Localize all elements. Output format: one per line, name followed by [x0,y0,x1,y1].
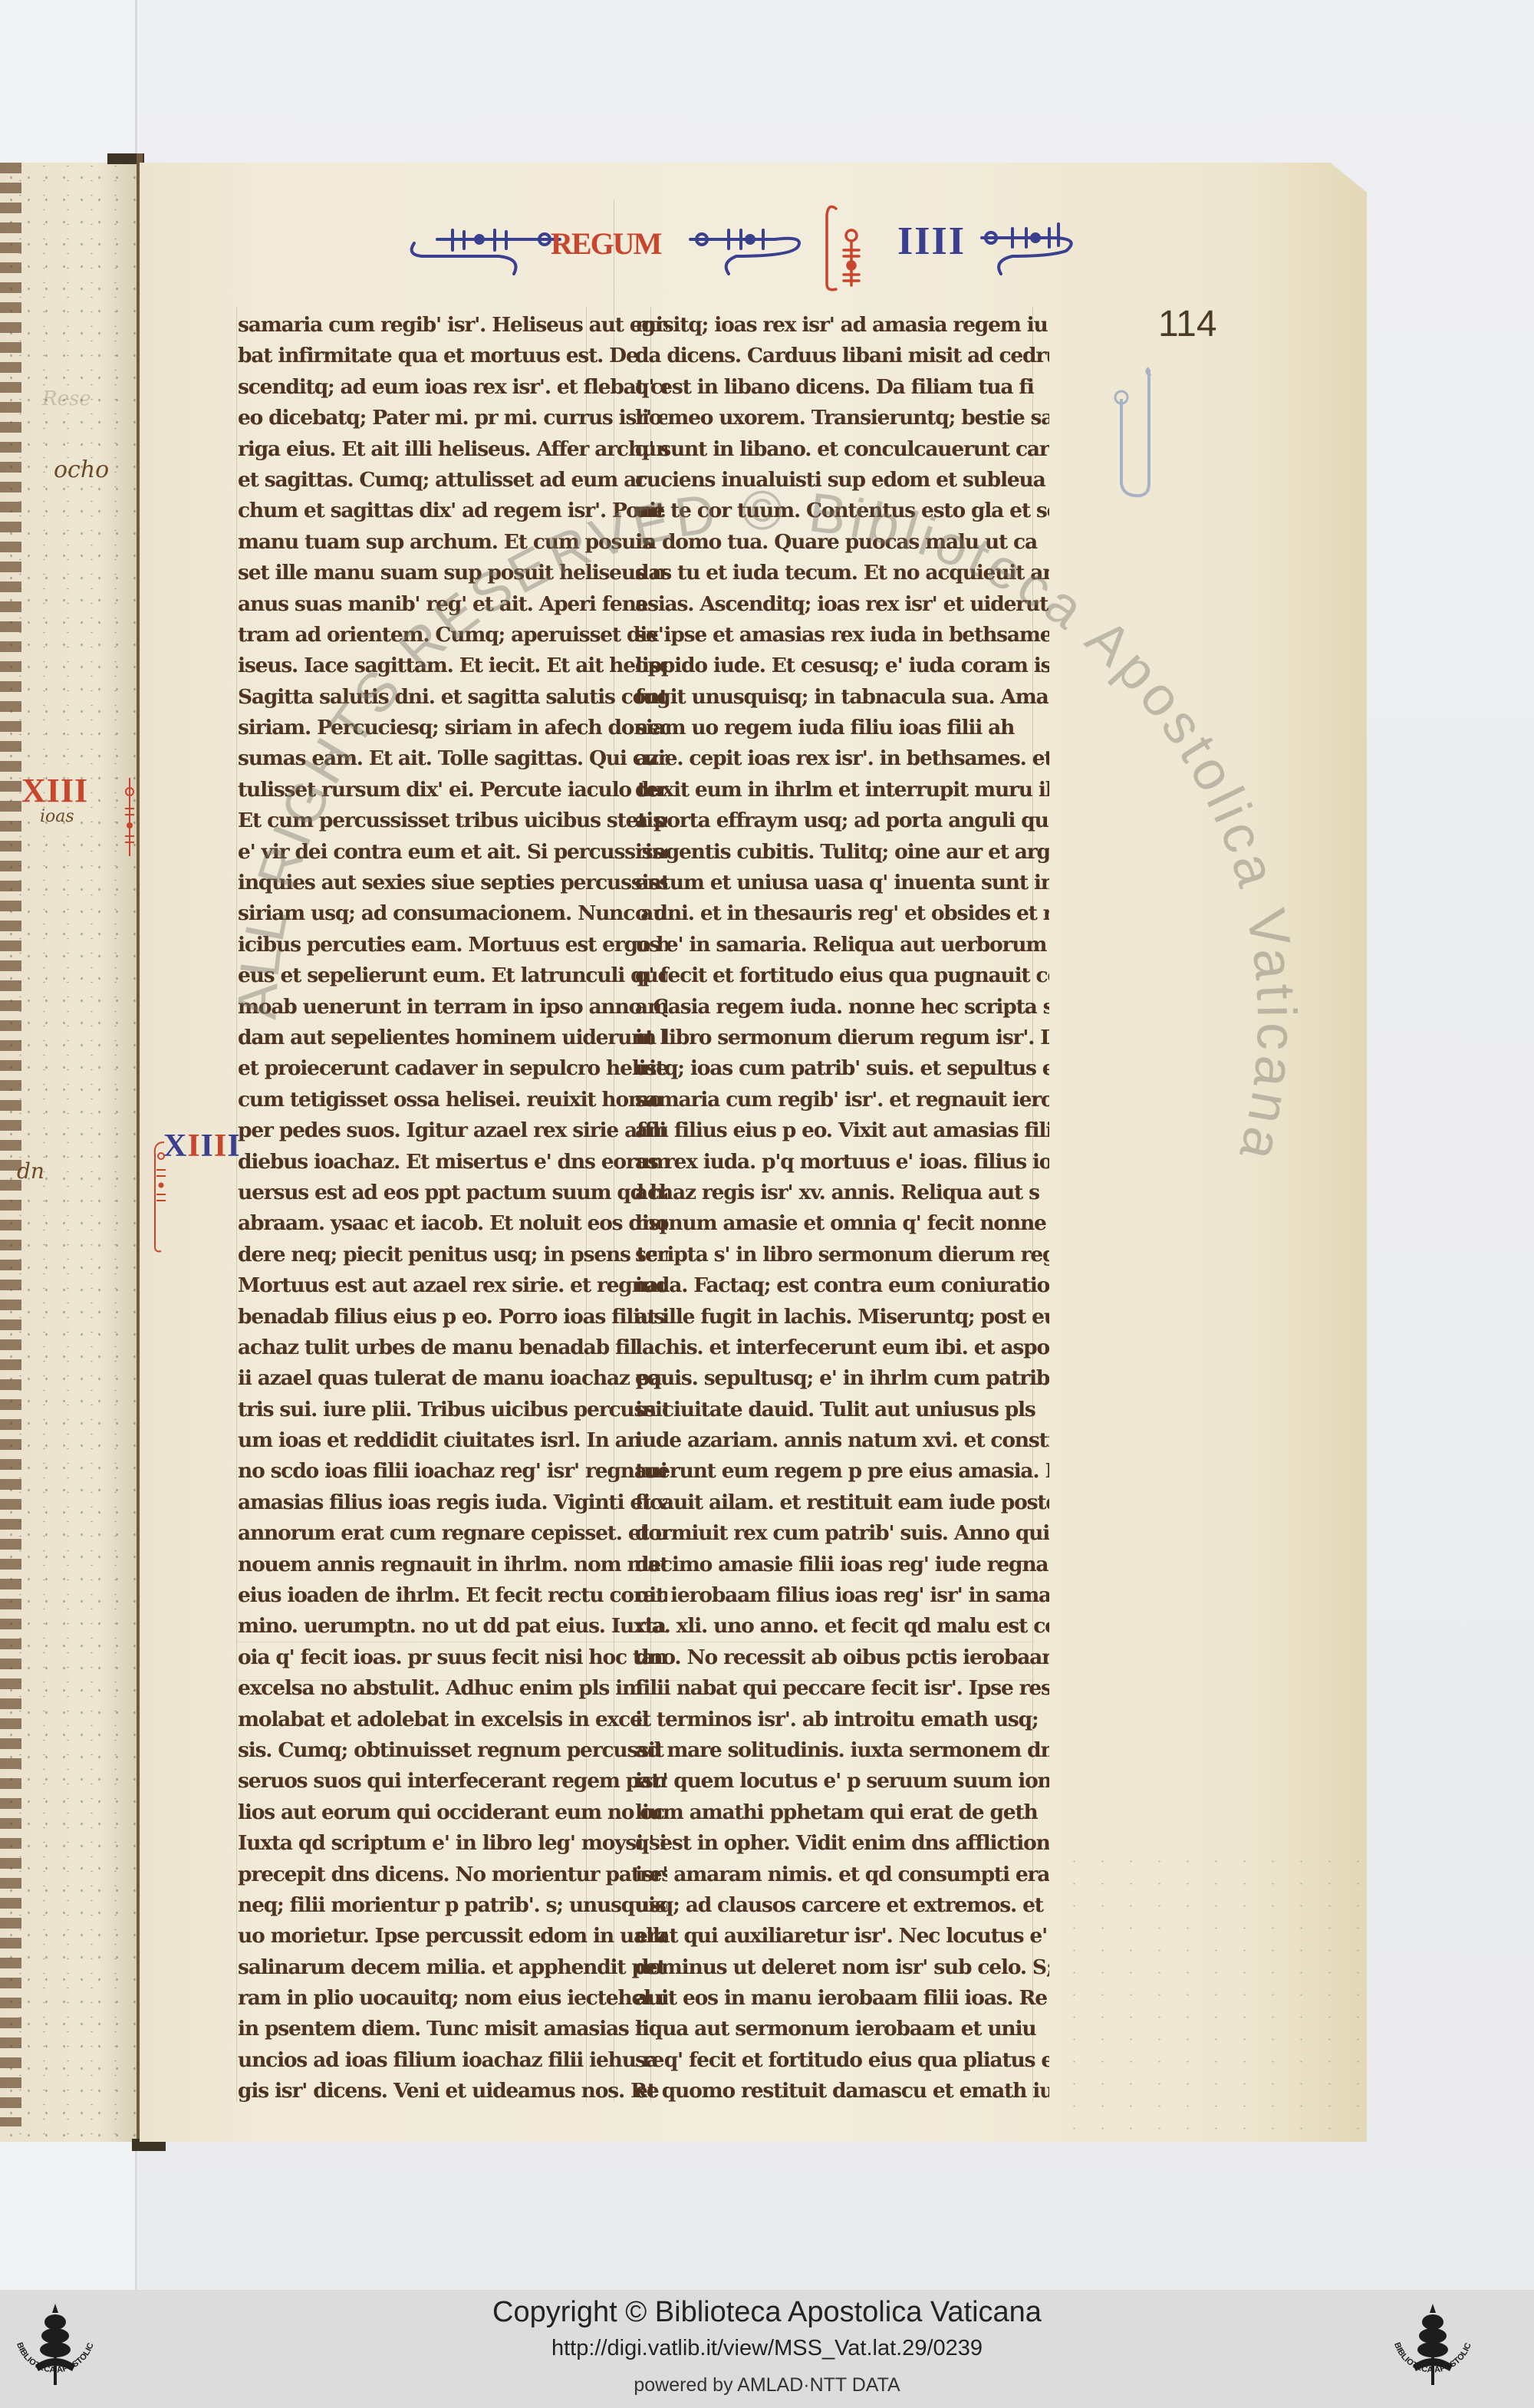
viewer-footer: BIBLIOTECA APOSTOLICA VATICANA Copyright… [0,2290,1534,2408]
text-line: dere neq; piecit penitus usq; in psens t… [238,1240,667,1270]
text-line: Iuxta qd scriptum e' in libro leg' moysi… [238,1828,667,1859]
text-line: q' fecit et fortitudo eius qua pugnauit … [635,960,1049,991]
text-line: tram ad orientem. Cumq; aperuisset dix' … [238,620,667,651]
text-line: seruos suos qui interfecerant regem patr… [238,1766,667,1797]
text-line: oppido iude. Et cesusq; e' iuda coram is… [635,651,1049,681]
text-line: decimo amasie filii ioas reg' iude regna [635,1550,1049,1580]
text-line: achaz regis isr' xv. annis. Reliqua aut … [635,1178,1049,1208]
chapter-xiiii-label: XIIII [163,1128,241,1164]
text-line: erat qui auxiliaretur isr'. Nec locutus … [635,1921,1049,1952]
running-header-flourish-icon [407,201,1112,293]
text-line: ria. xli. uno anno. et fecit qd malu est… [635,1611,1049,1642]
text-line: iseus. Iace sagittam. Et iecit. Et ait h… [238,651,667,681]
text-line: da dicens. Carduus libani misit ad cedru [635,341,1049,371]
text-line: chum et sagittas dix' ad regem isr'. Pon… [238,496,667,526]
text-line: lio meo uxorem. Transieruntq; bestie sal… [635,403,1049,433]
text-line: as rex iuda. p'q mortuus e' ioas. filius… [635,1147,1049,1178]
text-line: it terminos isr'. ab introitu emath usq; [635,1705,1049,1735]
text-line: misitq; ioas rex isr' ad amasia regem iu [635,310,1049,341]
text-line: ficauit ailam. et restituit eam iude pos… [635,1487,1049,1518]
text-line: moab uenerunt in terram in ipso anno. Qu… [238,992,667,1023]
text-line: eo dicebatq; Pater mi. pr mi. currus isr… [238,403,667,433]
text-line: us e' in samaria. Reliqua aut uerborum i… [635,930,1049,960]
powered-by-text: powered by AMLAD·NTT DATA [0,2374,1534,2396]
text-line: tulisset rursum dix' ei. Percute iaculo … [238,775,667,805]
vatican-library-seal-icon: BIBLIOTECA APOSTOLICA VATICANA [1379,2298,1486,2405]
text-line: tuerunt eum regem p pre eius amasia. Ips… [635,1456,1049,1487]
text-line: et sagittas. Cumq; attulisset ad eum ar [238,465,667,496]
text-line: uit ierobaam filius ioas reg' isr' in sa… [635,1580,1049,1611]
text-line: scenditq; ad eum ioas rex isr'. et fleba… [238,372,667,403]
text-line: auit eos in manu ierobaam filii ioas. Re [635,1983,1049,2014]
text-line: equis. sepultusq; e' in ihrlm cum patrib… [635,1363,1049,1394]
margin-note-faint: Rese [42,387,91,410]
text-line: uit te cor tuum. Contentus esto gla et s… [635,496,1049,526]
text-line: ringentis cubitis. Tulitq; oine aur et a… [635,837,1049,868]
text-line: dam aut sepelientes hominem uiderunt lat… [238,1023,667,1053]
text-line: uersus est ad eos ppt pactum suum qd hab… [238,1178,667,1208]
text-line: in libro sermonum dierum regum isr'. Dor… [635,1023,1049,1053]
verso-text-edge [0,163,21,2126]
text-line: e' vir dei contra eum et ait. Si percuss… [238,837,667,868]
text-line: samaria cum regib' isr'. Heliseus aut eg… [238,310,667,341]
text-line: se ipse et amasias rex iuda in bethsames [635,620,1049,651]
text-line: liqua aut sermonum ierobaam et uniu [635,2014,1049,2044]
text-line: sa q' fecit et fortitudo eius qua pliatu… [635,2045,1049,2076]
text-line: achaz tulit urbes de manu benadab fil [238,1332,667,1363]
text-line: amasia regem iuda. nonne hec scripta s [635,992,1049,1023]
text-line: q' est in libano dicens. Da filiam tua f… [635,372,1049,403]
text-line: gis isr' dicens. Veni et uideamus nos. R… [238,2076,667,2107]
text-line: oia q' fecit ioas. pr suus fecit nisi ho… [238,1642,667,1673]
text-column-left: samaria cum regib' isr'. Heliseus aut eg… [238,310,667,2107]
text-line: at ille fugit in lachis. Miseruntq; post… [635,1302,1049,1332]
text-line: salinarum decem milia. et apphendit pet [238,1952,667,1983]
chapter-xiii-label: XIII [21,772,88,809]
text-line: neq; filii morientur p patrib'. s; unusq… [238,1890,667,1921]
folio-number: 114 [1158,303,1217,345]
text-line: filii nabat qui peccare fecit isr'. Ipse… [635,1673,1049,1704]
text-line: monum amasie et omnia q' fecit nonne h [635,1208,1049,1239]
text-line: lium amathi pphetam qui erat de geth [635,1797,1049,1828]
text-line: riga eius. Et ait illi heliseus. Affer a… [238,434,667,465]
text-line: isr' amaram nimis. et qd consumpti erant [635,1860,1049,1890]
text-line: am filius eius p eo. Vixit aut amasias f… [635,1115,1049,1146]
text-line: mino. uerumptn. no ut dd pat eius. Iuxta [238,1611,667,1642]
text-line: precepit dns dicens. No morientur patres… [238,1860,667,1890]
text-line: et proiecerunt cadaver in sepulcro helis… [238,1053,667,1084]
text-line: in domo tua. Quare puocas malu ut ca [635,527,1049,558]
text-line: inquies aut sexies siue septies percussi… [238,868,667,898]
text-line: iude azariam. annis natum xvi. et consti [635,1425,1049,1456]
verso-rubric-flourish-icon [121,775,138,859]
text-line: uitq; ioas cum patrib' suis. et sepultus… [635,1053,1049,1084]
text-line: no scdo ioas filii ioachaz reg' isr' reg… [238,1456,667,1487]
text-line: lios aut eorum qui occiderant eum no occ… [238,1797,667,1828]
text-line: cuciens inualuisti sup edom et subleua [635,465,1049,496]
ruling-line [236,307,237,2102]
text-line: entum et uniusa uasa q' inuenta sunt in … [635,868,1049,898]
text-line: siriam usq; ad consumacionem. Nunc aut t… [238,898,667,929]
text-line: o dni. et in thesauris reg' et obsides e… [635,898,1049,929]
text-line: anus suas manib' reg' et ait. Aperi fene… [238,589,667,620]
text-line: Et cum percussisset tribus uicibus steti… [238,805,667,836]
text-line: cum tetigisset ossa helisei. reuixit hom… [238,1085,667,1115]
text-line: a porta effraym usq; ad porta anguli qua… [635,805,1049,836]
marginal-paragraph-mark-icon [1104,361,1166,506]
chapter-number-recto: XIIII [163,1128,241,1164]
text-line: Sagitta salutis dni. et sagitta salutis … [238,682,667,713]
text-line: siriam. Percuciesq; siriam in afech done… [238,713,667,743]
text-line: per pedes suos. Igitur azael rex sirie a… [238,1115,667,1146]
text-line: azie. cepit ioas rex isr'. in bethsames.… [635,743,1049,774]
text-line: abraam. ysaac et iacob. Et noluit eos di… [238,1208,667,1239]
text-line: siam uo regem iuda filiu ioas filii ah [635,713,1049,743]
text-line: iuda. Factaq; est contra eum coniuratio … [635,1270,1049,1301]
margin-note-ocho: ocho [54,456,109,483]
text-line: Mortuus est aut azael rex sirie. et regn… [238,1270,667,1301]
text-line: uncios ad ioas filium ioachaz filii iehu… [238,2045,667,2076]
foxing-spots [1060,1850,1367,2142]
text-line: dominus ut deleret nom isr' sub celo. S;… [635,1952,1049,1983]
text-line: uo morietur. Ipse percussit edom in uall… [238,1921,667,1952]
text-line: in ciuitate dauid. Tulit aut uniusus pls [635,1395,1049,1425]
text-line: nouem annis regnauit in ihrlm. nom matri… [238,1550,667,1580]
text-line: ram in plio uocauitq; nom eius iectehel … [238,1983,667,2014]
text-line: das tu et iuda tecum. Et no acquieuit am [635,558,1049,588]
text-line: eus et sepelierunt eum. Et latrunculi qu… [238,960,667,991]
running-title-right: IIII [897,219,966,264]
recto-rubric-flourish-icon [150,1139,170,1254]
text-line: um ioas et reddidit ciuitates isrl. In a… [238,1425,667,1456]
text-line: molabat et adolebat in excelsis in excel [238,1705,667,1735]
margin-note-dn: dn [17,1158,44,1184]
text-line: duxit eum in ihrlm et interrupit muru ih… [635,775,1049,805]
running-title-word: REGUM [551,226,660,261]
text-line: scripta s' in libro sermonum dierum regu… [635,1240,1049,1270]
text-line: set ille manu suam sup posuit heliseus m [238,558,667,588]
text-line: usq; ad clausos carcere et extremos. et … [635,1890,1049,1921]
text-line: samaria cum regib' isr'. et regnauit ier… [635,1085,1049,1115]
text-line: ii azael quas tulerat de manu ioachaz pa [238,1363,667,1394]
text-line: sumas eam. Et ait. Tolle sagittas. Qui c… [238,743,667,774]
text-line: tris sui. iure plii. Tribus uicibus perc… [238,1395,667,1425]
text-line: manu tuam sup archum. Et cum posuis [238,527,667,558]
text-line: excelsa no abstulit. Adhuc enim pls im [238,1673,667,1704]
manuscript-url-link[interactable]: http://digi.vatlib.it/view/MSS_Vat.lat.2… [0,2336,1534,2361]
text-line: q' sunt in libano. et conculcauerunt car… [635,434,1049,465]
running-title-numeral: IIII [897,219,966,263]
text-line: icibus percuties eam. Mortuus est ergo h… [238,930,667,960]
text-column-right: misitq; ioas rex isr' ad amasia regem iu… [635,310,1049,2107]
text-line: ad mare solitudinis. iuxta sermonem dni … [635,1735,1049,1766]
text-line: isr' quem locutus e' p seruum suum iona … [635,1766,1049,1797]
text-line: et quomo restituit damascu et emath iu [635,2076,1049,2107]
text-line: lachis. et interfecerunt eum ibi. et asp… [635,1332,1049,1363]
text-line: asias. Ascenditq; ioas rex isr' et uider… [635,589,1049,620]
text-line: annorum erat cum regnare cepisset. et ui… [238,1518,667,1549]
text-line: fugit unusquisq; in tabnacula sua. Ama [635,682,1049,713]
running-title-left: REGUM [551,219,660,264]
text-line: dormiuit rex cum patrib' suis. Anno quin… [635,1518,1049,1549]
text-line: q' est in opher. Vidit enim dns afflicti… [635,1828,1049,1859]
chapter-number-verso: XIII [21,771,88,810]
text-line: bat infirmitate qua et mortuus est. De [238,341,667,371]
copyright-notice: Copyright © Biblioteca Apostolica Vatica… [0,2296,1534,2329]
text-line: benadab filius eius p eo. Porro ioas fil… [238,1302,667,1332]
text-line: amasias filius ioas regis iuda. Viginti … [238,1487,667,1518]
text-line: sis. Cumq; obtinuisset regnum percussit [238,1735,667,1766]
text-line: in psentem diem. Tunc misit amasias n [238,2014,667,2044]
text-line: eius ioaden de ihrlm. Et fecit rectu cor… [238,1580,667,1611]
text-line: dno. No recessit ab oibus pctis ierobaam [635,1642,1049,1673]
text-line: diebus ioachaz. Et misertus e' dns eorum… [238,1147,667,1178]
